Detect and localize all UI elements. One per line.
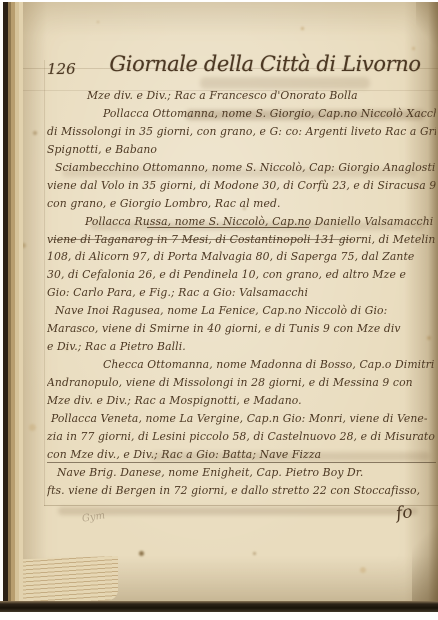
stain-spot: [412, 47, 415, 50]
manuscript-line: Pollacca Veneta, nome La Vergine, Cap.n …: [47, 410, 436, 428]
page-title: Giornale della Città di Livorno: [100, 52, 430, 76]
manuscript-line: viene dal Volo in 35 giorni, di Modone 3…: [47, 177, 436, 195]
manuscript-line: Sciambecchino Ottomanno, nome S. Niccolò…: [47, 159, 436, 177]
stain-spot: [139, 551, 144, 556]
page-corner-shadow-bottom: [412, 520, 438, 602]
book-binding-edge: [0, 2, 23, 603]
stain-spot: [29, 424, 36, 431]
page-number: 126: [47, 60, 76, 78]
stain-spot: [360, 567, 366, 573]
stain-spot: [33, 131, 37, 135]
manuscript-line: fts. viene di Bergen in 72 giorni, e dal…: [47, 482, 436, 500]
manuscript-line: Mze div. e Div.; Rac a Francesco d'Onora…: [47, 87, 436, 105]
manuscript-line: Pollacca Russa, nome S. Niccolò, Cap.no …: [47, 213, 436, 231]
manuscript-line: di Missolongi in 35 giorni, con grano, e…: [47, 123, 436, 141]
manuscript-text-block: Mze div. e Div.; Rac a Francesco d'Onora…: [47, 87, 436, 500]
manuscript-line: 108, di Alicorn 97, di Porta Malvagia 80…: [47, 248, 436, 266]
manuscript-line: con grano, e Giorgio Lombro, Rac al med.: [47, 195, 436, 213]
manuscript-line: Andranopulo, viene di Missolongi in 28 g…: [47, 374, 436, 392]
page-corner-shadow-top: [416, 2, 438, 48]
manuscript-line: e Div.; Rac a Pietro Balli.: [47, 338, 436, 356]
manuscript-line: Checca Ottomanna, nome Madonna di Bosso,…: [47, 356, 436, 374]
manuscript-line: Gio: Carlo Para, e Fig.; Rac a Gio: Vals…: [47, 284, 436, 302]
manuscript-line: zia in 77 giorni, di Lesini piccolo 58, …: [47, 428, 436, 446]
manuscript-line: Mze div. e Div.; Rac a Mospignotti, e Ma…: [47, 392, 436, 410]
manuscript-line: Spignotti, e Babano: [47, 141, 436, 159]
book-bottom-shadow: [0, 601, 438, 612]
manuscript-line: Nave Inoi Ragusea, nome La Fenice, Cap.n…: [47, 302, 436, 320]
manuscript-line: con Mze div., e Div.; Rac a Gio: Batta; …: [47, 446, 436, 464]
manuscript-line: Nave Brig. Danese, nome Enigheit, Cap. P…: [47, 464, 436, 482]
stain-spot: [97, 21, 99, 23]
manuscript-line: viene di Taganarog in 7 Mesi, di Costant…: [47, 231, 436, 249]
show-through-smudge: [58, 507, 418, 515]
stain-spot: [253, 552, 256, 555]
stain-spot: [301, 27, 304, 30]
manuscript-photo: 126 Giornale della Città di Livorno Mze …: [0, 0, 438, 620]
manuscript-line: 30, di Cefalonia 26, e di Pendinela 10, …: [47, 266, 436, 284]
manuscript-line: Pollacca Ottomanna, nome S. Giorgio, Cap…: [47, 105, 436, 123]
ruled-line: [44, 505, 438, 506]
page-right-edge: [428, 2, 438, 601]
ink-flourish: fo: [395, 502, 414, 524]
margin-line: [44, 60, 45, 506]
manuscript-line: Marasco, viene di Smirne in 40 giorni, e…: [47, 320, 436, 338]
